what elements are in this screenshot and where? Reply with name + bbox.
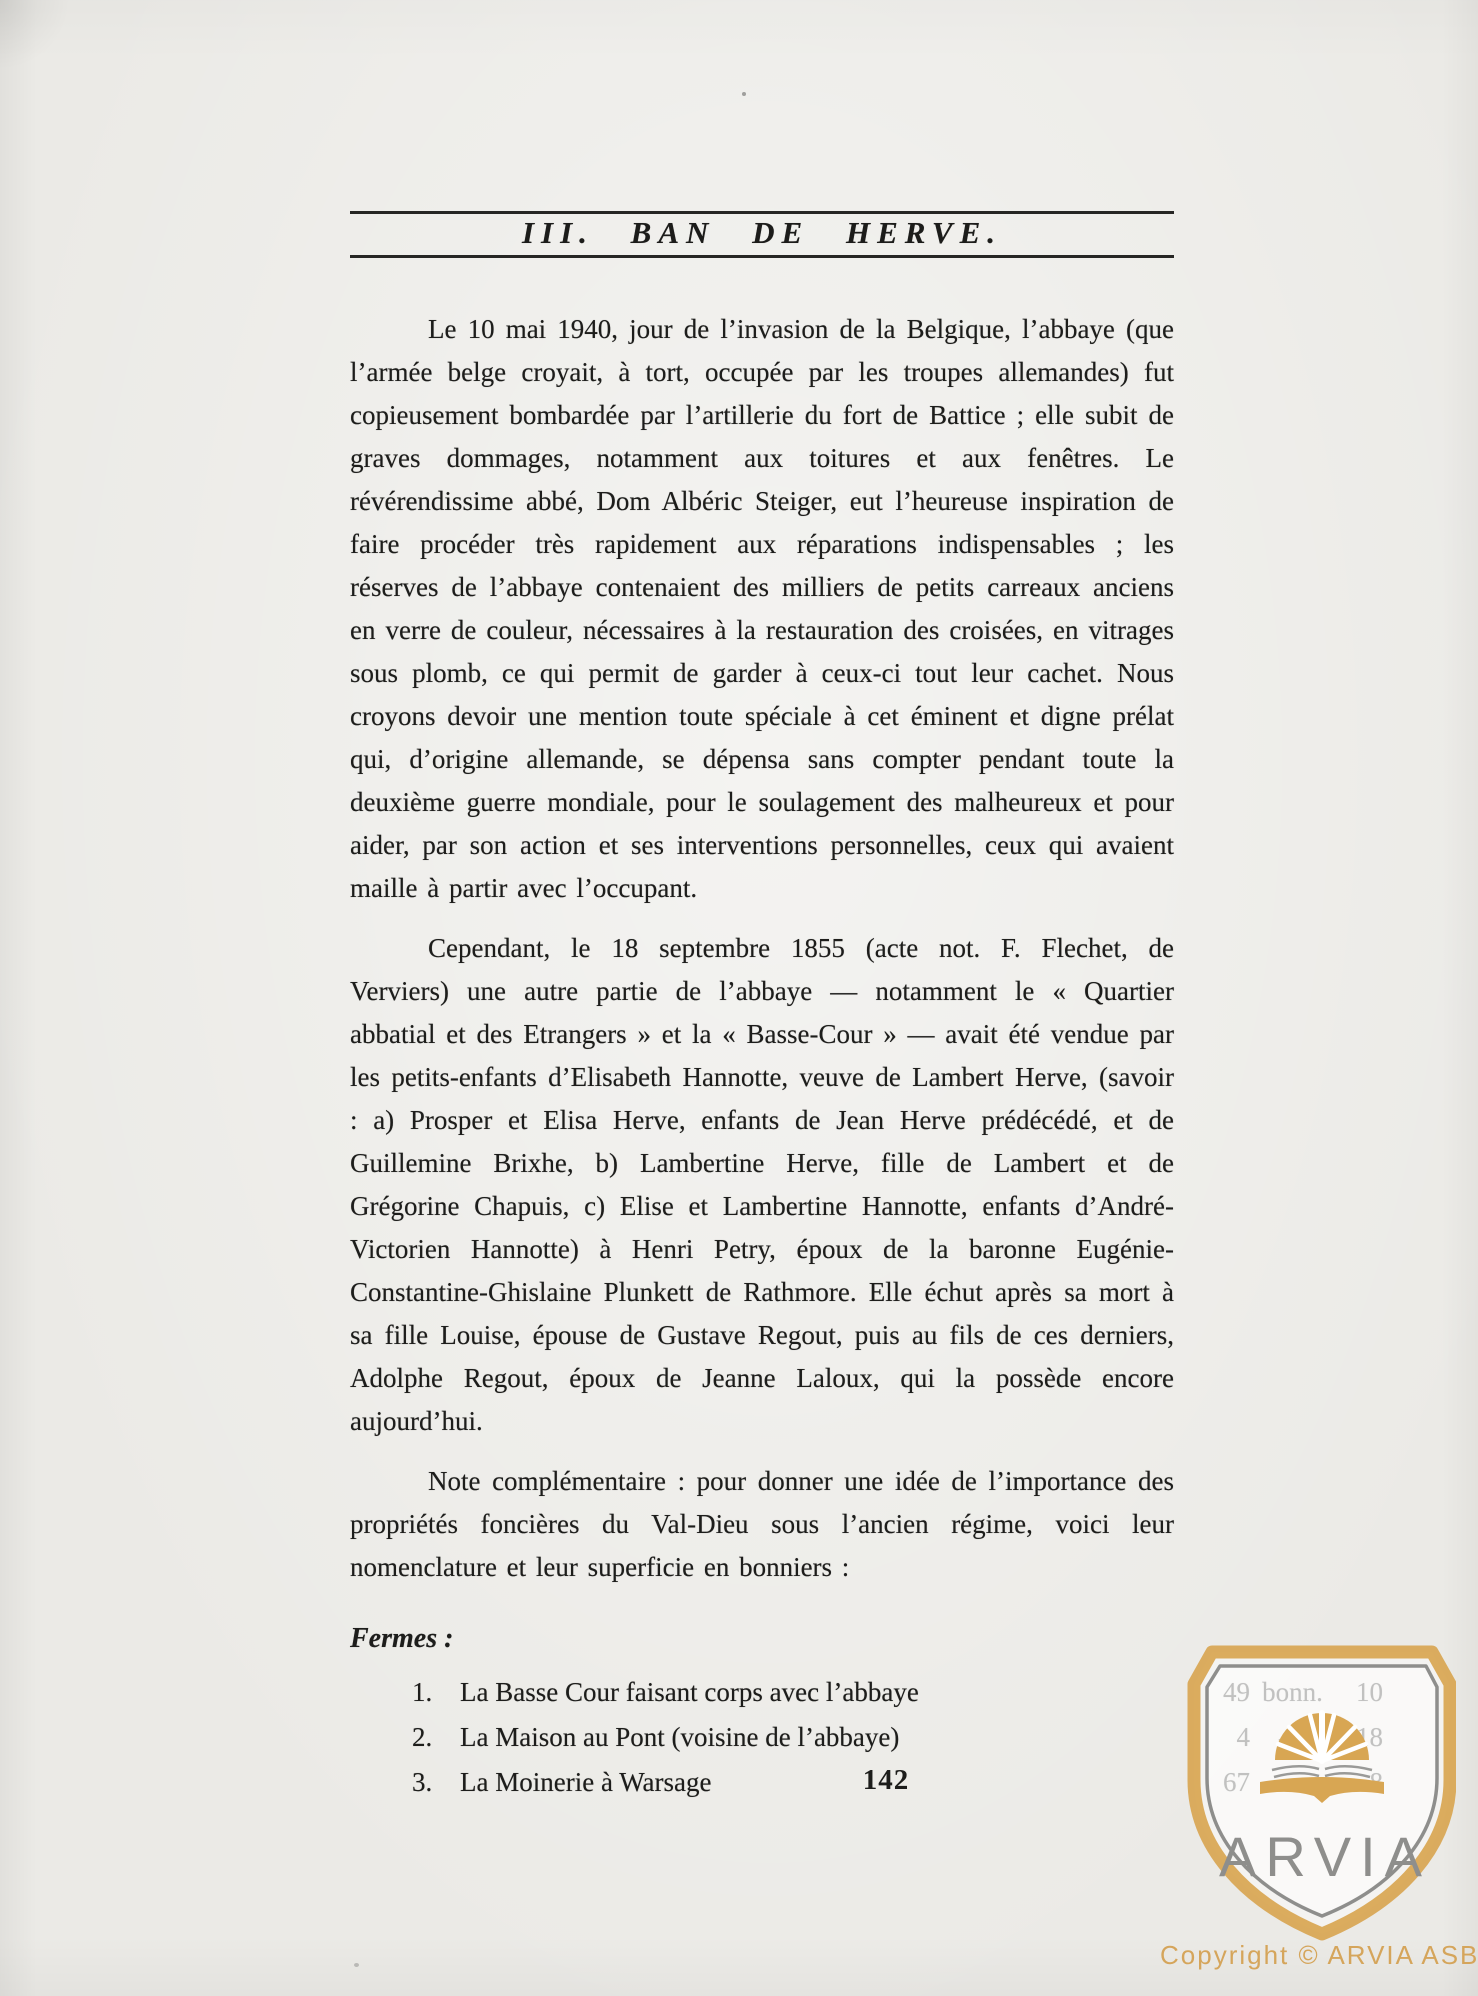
- copyright-notice: Copyright © ARVIA ASBL: [1160, 1940, 1478, 1971]
- paper-speck: [742, 92, 746, 96]
- body-paragraph-3: Note complémentaire : pour donner une id…: [350, 1460, 1174, 1589]
- ferme-number: 1.: [412, 1670, 460, 1715]
- ferme-area-unit: —: [1250, 1760, 1335, 1805]
- ferme-list-item-2: 2.La Maison au Pont (voisine de l’abbaye…: [350, 1715, 1174, 1760]
- fermes-heading: Fermes :: [350, 1617, 1174, 1660]
- ferme-number: 2.: [412, 1715, 460, 1760]
- header-rule-top: [350, 211, 1174, 214]
- body-paragraph-2: Cependant, le 18 septembre 1855 (acte no…: [350, 927, 1174, 1443]
- ferme-area-values: 49 bonn. 10: [1205, 1670, 1383, 1715]
- ferme-list-item-1: 1.La Basse Cour faisant corps avec l’abb…: [350, 1670, 1174, 1715]
- ferme-area-values: 4 — 18: [1205, 1715, 1383, 1760]
- ferme-label: La Basse Cour faisant corps avec l’abbay…: [460, 1677, 919, 1707]
- body-paragraph-1: Le 10 mai 1940, jour de l’invasion de la…: [350, 308, 1174, 910]
- ferme-area-extra: 18: [1335, 1715, 1383, 1760]
- ferme-label: La Moinerie à Warsage: [460, 1767, 711, 1797]
- ferme-label: La Maison au Pont (voisine de l’abbaye): [460, 1722, 899, 1752]
- ferme-area-extra: 10: [1335, 1670, 1383, 1715]
- header-rule-bottom: [350, 255, 1174, 258]
- page-number: 142: [840, 1764, 932, 1797]
- arvia-logo-text: ARVIA: [1219, 1825, 1431, 1888]
- ferme-area-unit: —: [1250, 1715, 1335, 1760]
- scanned-book-page: III. BAN DE HERVE. Le 10 mai 1940, jour …: [0, 0, 1478, 1996]
- ferme-area-values: 67 — 8: [1205, 1760, 1383, 1805]
- ferme-area-bonniers: 67: [1205, 1760, 1250, 1805]
- ferme-area-extra: 8: [1335, 1760, 1383, 1805]
- ferme-number: 3.: [412, 1760, 460, 1805]
- ferme-list-item-3: 3.La Moinerie à Warsage 67 — 8: [350, 1760, 1174, 1805]
- ferme-area-bonniers: 49: [1205, 1670, 1250, 1715]
- ferme-area-bonniers: 4: [1205, 1715, 1250, 1760]
- page-body: Le 10 mai 1940, jour de l’invasion de la…: [350, 308, 1174, 1805]
- page-header-title: III. BAN DE HERVE.: [350, 215, 1174, 251]
- ferme-area-unit: bonn.: [1250, 1670, 1335, 1715]
- paper-speck: [354, 1963, 359, 1967]
